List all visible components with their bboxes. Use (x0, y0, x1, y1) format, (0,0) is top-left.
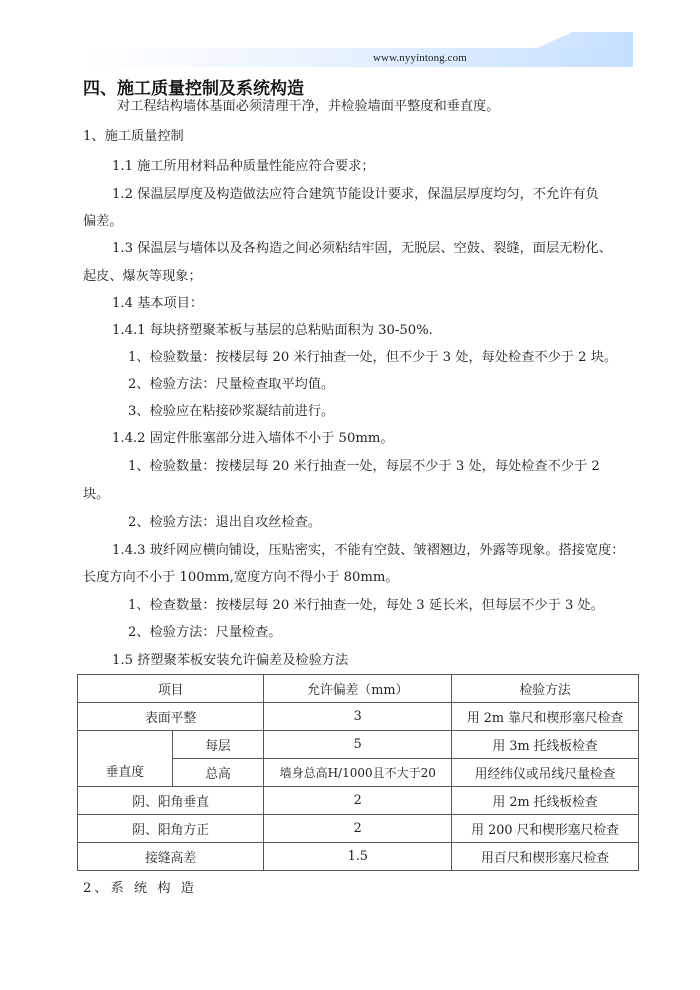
section-title: 四、施工质量控制及系统构造 (83, 74, 304, 99)
paragraph-1-1: 1.1 施工所用材料品种质量性能应符合要求； (112, 158, 375, 176)
paragraph-1-4-2: 1.4.2 固定件胀塞部分进入墙体不小于 50mm。 (112, 430, 394, 448)
table-row: 阴、阳角垂直 2 用 2m 托线板检查 (78, 787, 639, 815)
table-cell-item: 阴、阳角垂直 (78, 787, 264, 815)
table-cell-tolerance: 5 (264, 731, 452, 759)
paragraph-1-4-3-item: 2、检验方法：尺量检查。 (128, 624, 281, 642)
table-cell-tolerance: 2 (264, 815, 452, 843)
table-row: 阴、阳角方正 2 用 200 尺和楔形塞尺检查 (78, 815, 639, 843)
site-url: www.nyyintong.com (373, 52, 467, 64)
paragraph-1-5: 1.5 挤塑聚苯板安装允许偏差及检验方法 (112, 652, 348, 670)
paragraph-1-2-line2: 偏差。 (83, 213, 123, 231)
paragraph-1-3-line1: 1.3 保温层与墙体以及各构造之间必须粘结牢固，无脱层、空鼓、裂缝，面层无粉化、 (112, 240, 612, 258)
paragraph-1-2-line1: 1.2 保温层厚度及构造做法应符合建筑节能设计要求，保温层厚度均匀，不允许有负 (112, 186, 599, 204)
table-cell-subitem: 总高 (172, 759, 264, 787)
table-row: 接缝高差 1.5 用百尺和楔形塞尺检查 (78, 843, 639, 871)
table-cell-item: 阴、阳角方正 (78, 815, 264, 843)
table-cell-method: 用经纬仪或吊线尺量检查 (452, 759, 639, 787)
paragraph-1-4-2-item2: 2、检验方法：退出自攻丝检查。 (128, 514, 321, 532)
table-cell-item: 表面平整 (78, 703, 264, 731)
table-cell-tolerance: 2 (264, 787, 452, 815)
subsection-title-2: 2、系 统 构 造 (83, 880, 197, 898)
paragraph-1-4-3-item: 1、检查数量：按楼层每 20 米行抽查一处，每处 3 延长米，但每层不少于 3 … (128, 597, 604, 615)
table-cell-item: 接缝高差 (78, 843, 264, 871)
table-header-cell: 项目 (78, 675, 264, 703)
table-cell-subitem: 每层 (172, 731, 264, 759)
paragraph-1-4-1-item: 2、检验方法：尺量检查取平均值。 (128, 376, 334, 394)
tolerance-table: 项目 允许偏差（mm） 检验方法 表面平整 3 用 2m 靠尺和楔形塞尺检查 垂… (77, 674, 639, 871)
paragraph-1-4-1-item: 1、检验数量：按楼层每 20 米行抽查一处，但不少于 3 处，每处检查不少于 2… (128, 349, 617, 367)
table-header-cell: 允许偏差（mm） (264, 675, 452, 703)
table-cell-method: 用 200 尺和楔形塞尺检查 (452, 815, 639, 843)
paragraph-1-4-3-line2: 长度方向不小于 100mm,宽度方向不得小于 80mm。 (83, 569, 399, 587)
table-header-row: 项目 允许偏差（mm） 检验方法 (78, 675, 639, 703)
paragraph-1-3-line2: 起皮、爆灰等现象； (83, 268, 202, 286)
paragraph-1-4-2-item1-line1: 1、检验数量：按楼层每 20 米行抽查一处，每层不少于 3 处，每处检查不少于 … (128, 458, 600, 476)
subsection-title-1: 1、施工质量控制 (83, 128, 184, 146)
table-header-cell: 检验方法 (452, 675, 639, 703)
header-band (80, 30, 633, 67)
table-row: 垂直度 每层 5 用 3m 托线板检查 (78, 731, 639, 759)
intro-paragraph: 对工程结构墙体基面必须清理干净，并检验墙面平整度和垂直度。 (117, 98, 499, 116)
paragraph-1-4-3-line1: 1.4.3 玻纤网应横向铺设，压贴密实，不能有空鼓、皱褶翘边，外露等现象。搭接宽… (112, 542, 625, 560)
table-cell-method: 用 3m 托线板检查 (452, 731, 639, 759)
table-cell-tolerance: 3 (264, 703, 452, 731)
table-cell-item: 垂直度 (78, 731, 173, 787)
header-band-step (535, 32, 633, 49)
paragraph-1-4-1-item: 3、检验应在粘接砂浆凝结前进行。 (128, 403, 334, 421)
table-row: 表面平整 3 用 2m 靠尺和楔形塞尺检查 (78, 703, 639, 731)
paragraph-1-4: 1.4 基本项目： (112, 295, 203, 313)
table-cell-tolerance: 1.5 (264, 843, 452, 871)
table-cell-method: 用 2m 托线板检查 (452, 787, 639, 815)
header-band-lower (80, 48, 633, 67)
paragraph-1-4-1: 1.4.1 每块挤塑聚苯板与基层的总粘贴面积为 30-50%. (112, 322, 433, 340)
table-cell-method: 用百尺和楔形塞尺检查 (452, 843, 639, 871)
paragraph-1-4-2-item1-line2: 块。 (83, 486, 109, 504)
table-cell-tolerance: 墙身总高H/1000且不大于20 (264, 759, 452, 787)
table-cell-method: 用 2m 靠尺和楔形塞尺检查 (452, 703, 639, 731)
